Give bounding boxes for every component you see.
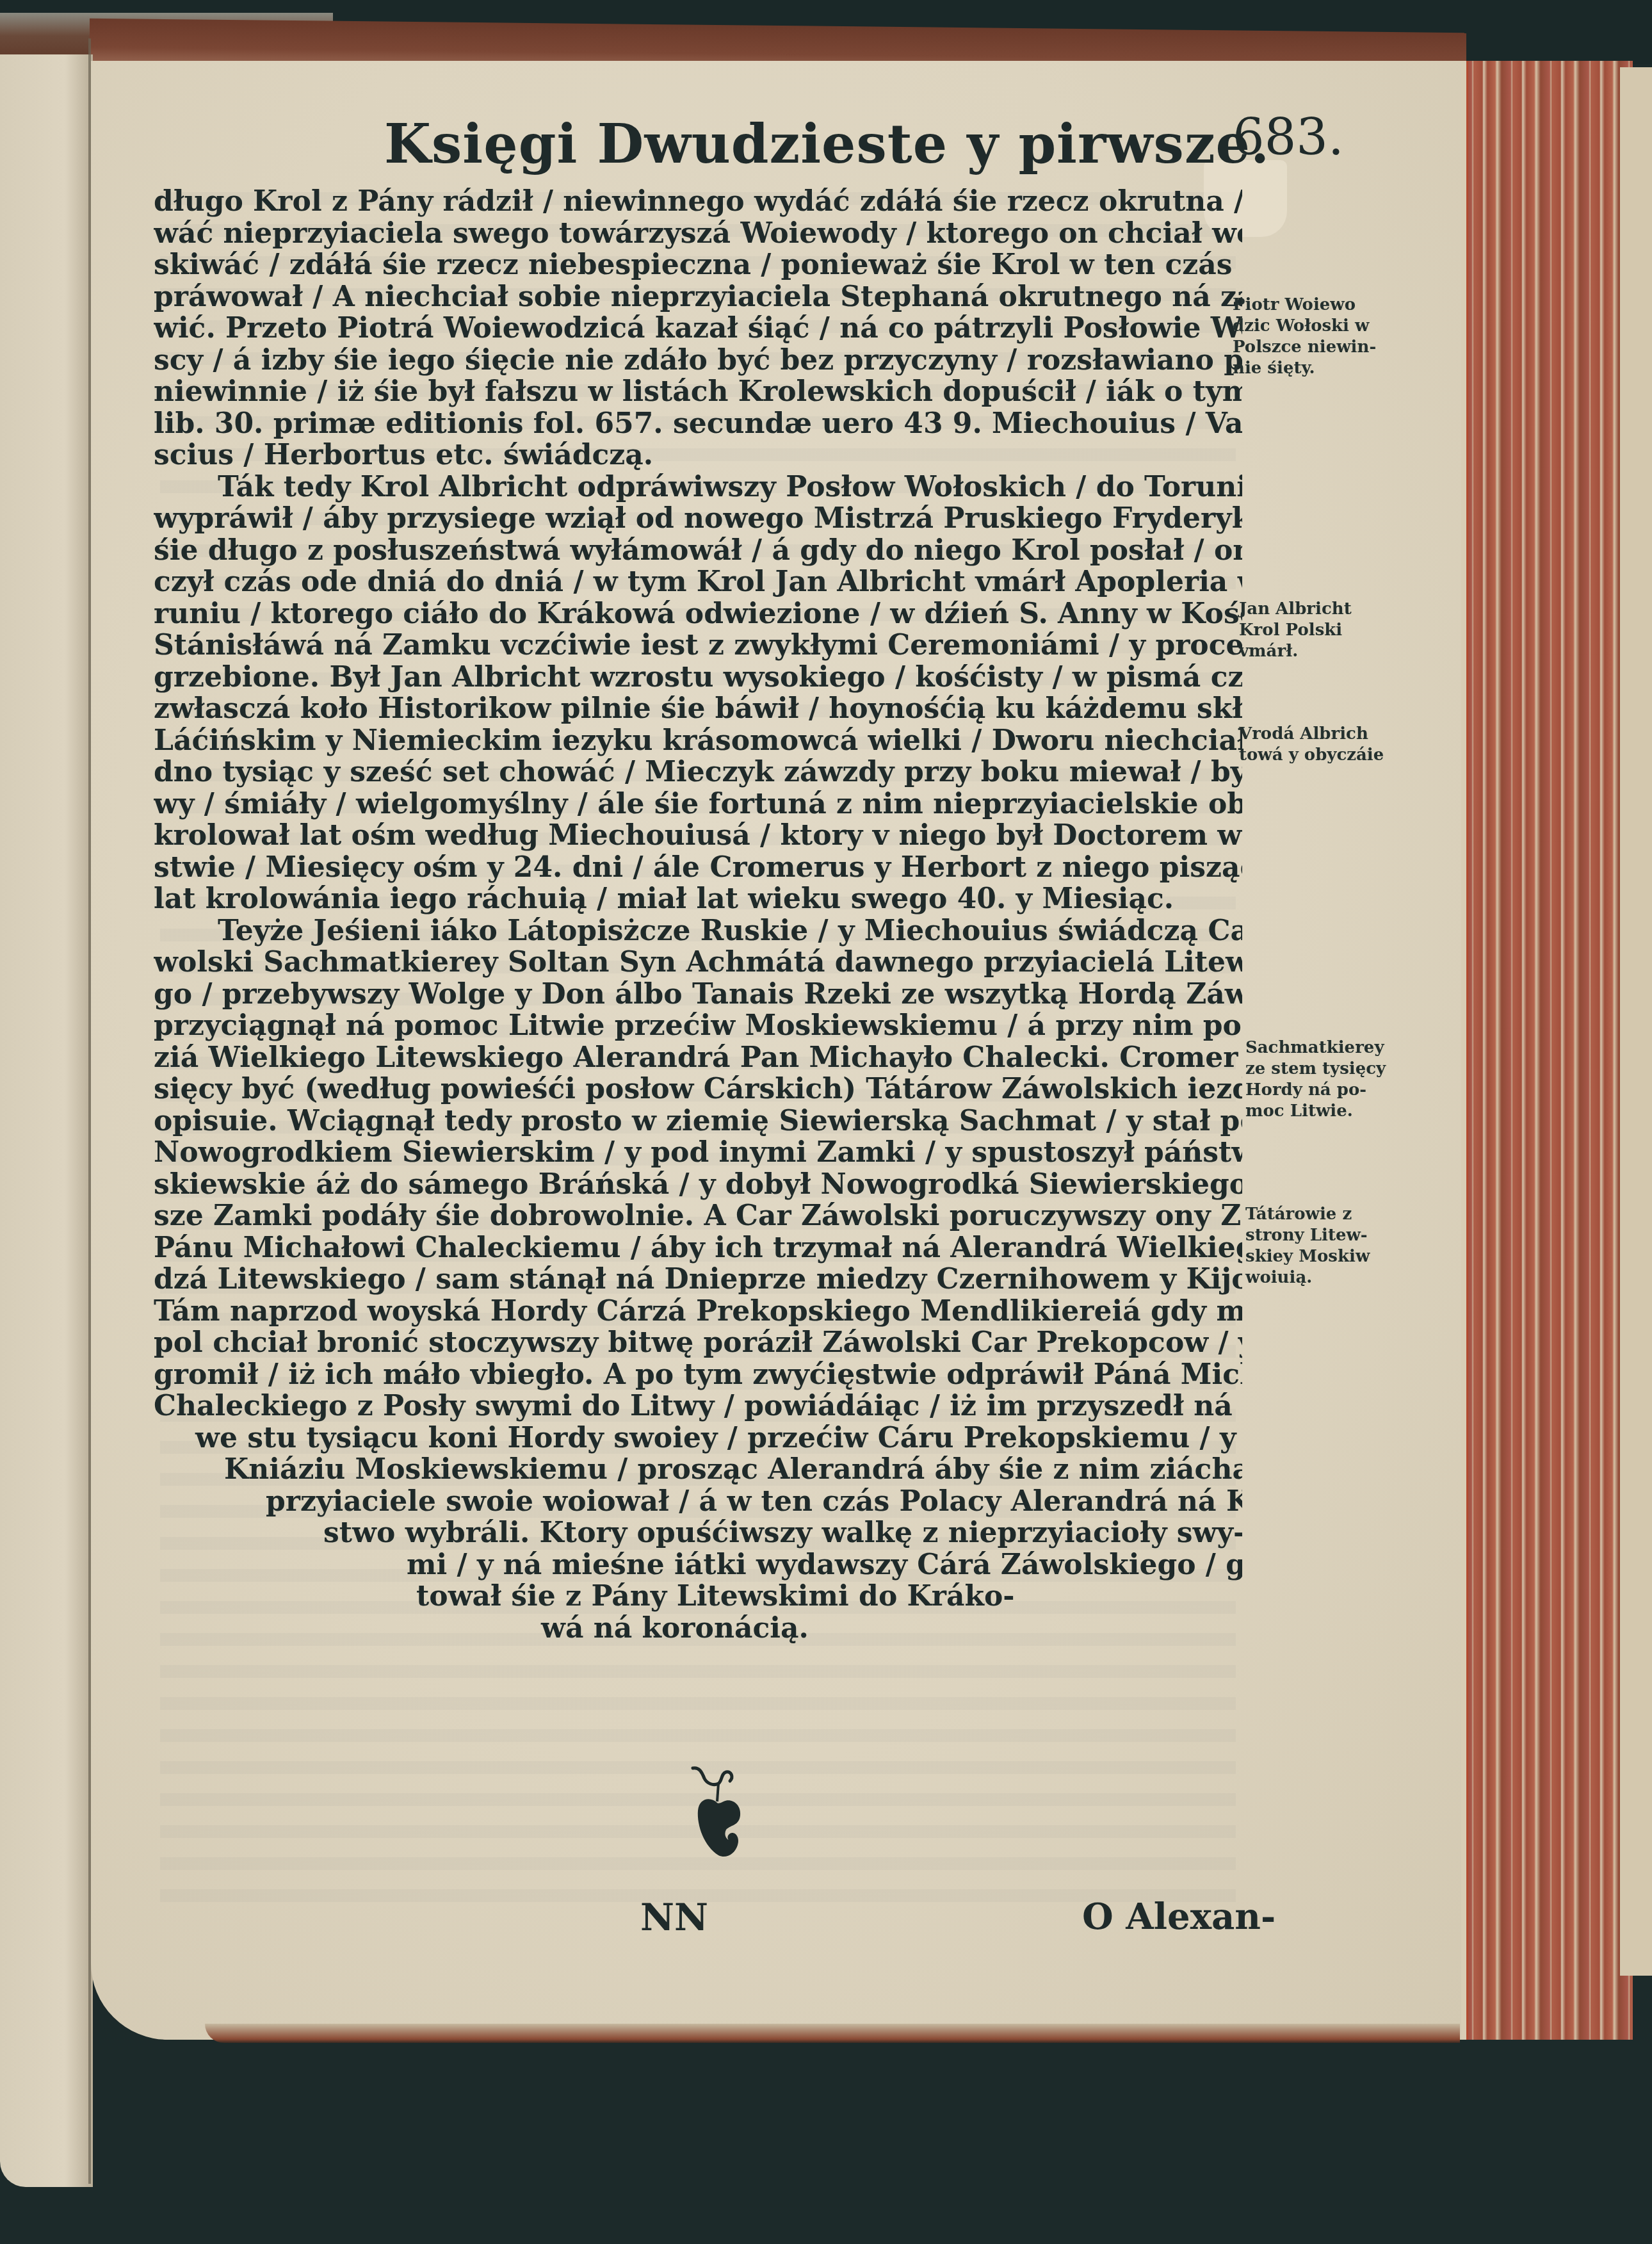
text-line: Stánisłáwá ná Zamku vczćiwie iest z zwyk…: [154, 630, 1242, 662]
endpaper-edge: [1620, 67, 1652, 1976]
text-line: grzebione. Był Jan Albricht wzrostu wyso…: [154, 662, 1242, 694]
margin-note-line: strony Litew-: [1245, 1225, 1370, 1246]
body-text: długo Krol z Pány rádził / niewinnego wy…: [154, 186, 1242, 1644]
text-line: stwie / Miesięcy ośm y 24. dni / ále Cro…: [154, 852, 1242, 884]
taper-line: przyiaciele swoie woiował / á w ten czás…: [154, 1486, 1242, 1518]
text-line: gromił / iż ich máło vbiegło. A po tym z…: [154, 1359, 1242, 1391]
text-line: śie długo z posłuszeństwá wyłámowáł / á …: [154, 535, 1242, 567]
text-line: scius / Herbortus etc. świádczą.: [154, 439, 1242, 471]
margin-note-line: skiey Moskiw: [1245, 1246, 1370, 1267]
catchword: O Alexan-: [1082, 1896, 1275, 1938]
margin-note-line: Vrodá Albrich: [1239, 724, 1384, 745]
margin-note-line: dzic Wołoski w: [1233, 316, 1376, 337]
margin-note-line: nie śięty.: [1233, 358, 1376, 379]
margin-note: Tátárowie z strony Litew- skiey Moskiw w…: [1245, 1204, 1370, 1289]
taper-line: mi / y ná mieśne iátki wydawszy Cárá Záw…: [154, 1549, 1242, 1581]
margin-note-line: towá y obyczáie: [1239, 745, 1384, 766]
text-line: dno tysiąc y sześć set chowáć / Mieczyk …: [154, 756, 1242, 788]
margin-note-line: Sachmatkierey: [1245, 1037, 1386, 1059]
text-line: niewinnie / iż śie był fałszu w listách …: [154, 376, 1242, 408]
running-head: Księgi Dwudzieste y pirwsze.: [384, 112, 1270, 175]
book-bottom-edge: [205, 2024, 1460, 2043]
text-line: práwował / A niechciał sobie nieprzyiaci…: [154, 281, 1242, 313]
margin-note-line: vmárł.: [1239, 641, 1352, 662]
margin-note: Vrodá Albrich towá y obyczáie: [1239, 724, 1384, 766]
taper-line: we stu tysiącu koni Hordy swoiey / przeć…: [154, 1422, 1242, 1454]
text-line: pol chciał bronić stoczywszy bitwę poráz…: [154, 1327, 1242, 1359]
margin-note-line: Piotr Woiewo: [1233, 295, 1376, 316]
margin-note-line: Polszce niewin-: [1233, 337, 1376, 358]
text-line: wić. Przeto Piotrá Woiewodzicá kazał śią…: [154, 313, 1242, 345]
signature-mark: NN: [640, 1896, 708, 1939]
taper-line: tował śie z Pány Litewskimi do Kráko-: [154, 1581, 1242, 1613]
text-line: czył czás ode dniá do dniá / w tym Krol …: [154, 566, 1242, 598]
text-line: go / przebywszy Wolge y Don álbo Tanais …: [154, 979, 1242, 1011]
text-line: runiu / ktorego ciáło do Krákowá odwiezi…: [154, 598, 1242, 630]
text-line: Pánu Michałowi Chaleckiemu / áby ich trz…: [154, 1232, 1242, 1264]
text-line: skiewskie áż do sámego Bráńská / y dobył…: [154, 1169, 1242, 1201]
text-line: Láćińskim y Niemieckim iezyku krásomowcá…: [154, 725, 1242, 757]
text-line: skiwáć / zdáłá śie rzecz niebespieczna /…: [154, 249, 1242, 281]
margin-note-line: woiuią.: [1245, 1267, 1370, 1289]
margin-note: Jan Albricht Krol Polski vmárł.: [1239, 599, 1352, 662]
text-line: Nowogrodkiem Siewierskim / y pod inymi Z…: [154, 1137, 1242, 1169]
page-number: 683.: [1233, 109, 1344, 167]
margin-note-line: Krol Polski: [1239, 620, 1352, 641]
text-line: wolski Sachmatkierey Soltan Syn Achmátá …: [154, 947, 1242, 979]
paragraph-start-line: Teyże Jeśieni iáko Látopisżcze Ruskie / …: [154, 915, 1242, 947]
fleuron-leaf-icon: [685, 1764, 756, 1860]
text-line: sięcy być (według powieśći posłow Cárski…: [154, 1073, 1242, 1105]
text-line: Chaleckiego z Posły swymi do Litwy / pow…: [154, 1390, 1242, 1422]
paragraph-start-line: Ták tedy Krol Albricht odpráwiwszy Posło…: [154, 471, 1242, 503]
margin-note: Sachmatkierey ze stem tysięcy Hordy ná p…: [1245, 1037, 1386, 1122]
text-line: dzá Litewskiego / sam stánął ná Dnieprze…: [154, 1264, 1242, 1296]
text-line: Tám naprzod woyská Hordy Cárzá Prekopski…: [154, 1296, 1242, 1328]
margin-note-line: Jan Albricht: [1239, 599, 1352, 620]
text-line: zwłasczá koło Historikow pilnie śie báwi…: [154, 693, 1242, 725]
text-line: lat krolowánia iego ráchuią / miał lat w…: [154, 883, 1242, 915]
text-line: przyciągnął ná pomoc Litwie przećiw Mosk…: [154, 1010, 1242, 1042]
text-line: długo Krol z Pány rádził / niewinnego wy…: [154, 186, 1242, 218]
taper-line: stwo wybráli. Ktory opuśćiwszy walkę z n…: [154, 1517, 1242, 1549]
text-line: wáć nieprzyiaciela swego towárzyszá Woie…: [154, 218, 1242, 250]
margin-note-line: Hordy ná po-: [1245, 1080, 1386, 1101]
taper-line: Kniáziu Moskiewskiemu / prosząc Alerandr…: [154, 1454, 1242, 1486]
text-line: lib. 30. primæ editionis fol. 657. secun…: [154, 408, 1242, 440]
margin-note-line: Tátárowie z: [1245, 1204, 1370, 1225]
margin-note-line: ze stem tysięcy: [1245, 1059, 1386, 1080]
margin-note: Piotr Woiewo dzic Wołoski w Polszce niew…: [1233, 295, 1376, 379]
margin-note-line: moc Litwie.: [1245, 1101, 1386, 1122]
text-line: scy / á izby śie iego śięcie nie zdáło b…: [154, 345, 1242, 377]
text-line: wypráwił / áby przysiege wziął od nowego…: [154, 503, 1242, 535]
text-line: wy / śmiáły / wielgomyślny / ále śie for…: [154, 788, 1242, 820]
gutter-fold: [88, 38, 91, 2184]
facing-page-left: [0, 54, 93, 2187]
text-line: sze Zamki podáły śie dobrowolnie. A Car …: [154, 1200, 1242, 1232]
taper-line: wá ná koronácią.: [154, 1613, 1242, 1645]
text-line: opisuie. Wciągnął tedy prosto w ziemię S…: [154, 1105, 1242, 1137]
text-line: krolował lat ośm według Miechouiusá / kt…: [154, 820, 1242, 852]
text-line: ziá Wielkiego Litewskiego Alerandrá Pan …: [154, 1042, 1242, 1074]
